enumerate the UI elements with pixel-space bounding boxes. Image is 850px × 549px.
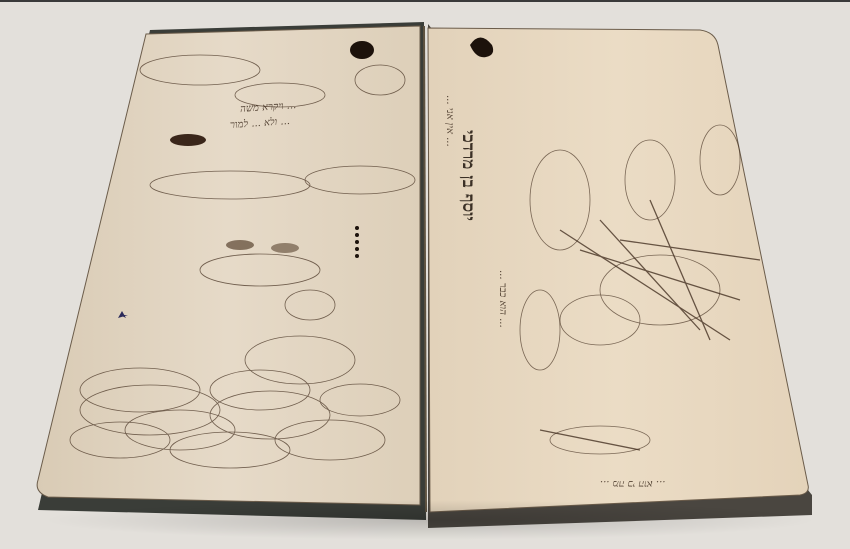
right-vertical-line-2: ... הוא כבר ... (497, 270, 508, 328)
right-page (428, 28, 808, 512)
right-vertical-heading: יוסף בן מרדכי (458, 130, 478, 221)
book-shadow (40, 500, 820, 540)
right-vertical-line-1: ... אין אני ... (444, 95, 455, 147)
right-bottom-line: ... מה כי הוא ... (600, 478, 666, 489)
manuscript-photo (0, 0, 850, 549)
left-page (37, 26, 420, 505)
